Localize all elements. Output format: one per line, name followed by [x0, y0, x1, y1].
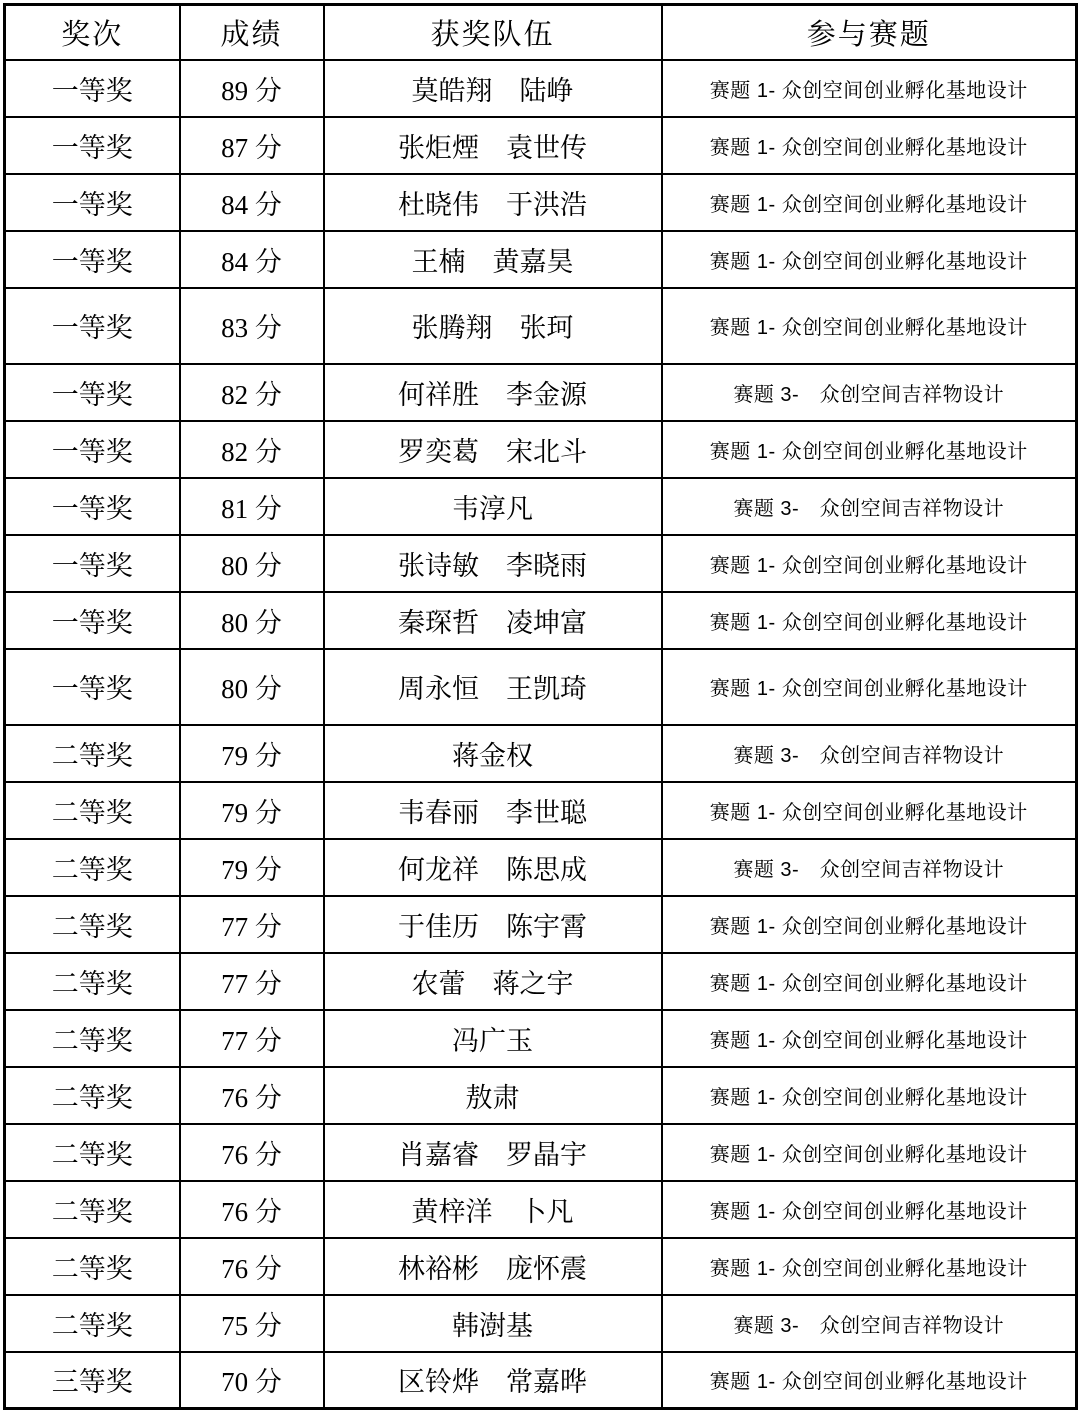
team-members-cell: 莫皓翔 陆峥	[324, 60, 662, 117]
score-cell: 80 分	[180, 592, 324, 649]
score-cell: 79 分	[180, 782, 324, 839]
score-cell: 76 分	[180, 1181, 324, 1238]
topic-cell: 赛题 1- 众创空间创业孵化基地设计	[662, 174, 1077, 231]
team-members-cell: 林裕彬 庞怀震	[324, 1238, 662, 1295]
table-row: 三等奖 70 分 区铃烨 常嘉晔 赛题 1- 众创空间创业孵化基地设计	[5, 1352, 1077, 1409]
award-rank-cell: 一等奖	[5, 478, 180, 535]
topic-cell: 赛题 1- 众创空间创业孵化基地设计	[662, 1010, 1077, 1067]
topic-cell: 赛题 1- 众创空间创业孵化基地设计	[662, 649, 1077, 725]
award-rank-cell: 一等奖	[5, 421, 180, 478]
team-members-cell: 周永恒 王凯琦	[324, 649, 662, 725]
col-header-score: 成绩	[180, 5, 324, 60]
team-members-cell: 韦春丽 李世聪	[324, 782, 662, 839]
award-rank-cell: 一等奖	[5, 592, 180, 649]
team-members-cell: 张炬煙 袁世传	[324, 117, 662, 174]
team-members-cell: 王楠 黄嘉昊	[324, 231, 662, 288]
topic-cell: 赛题 1- 众创空间创业孵化基地设计	[662, 1124, 1077, 1181]
table-row: 二等奖 77 分 农蕾 蒋之宇 赛题 1- 众创空间创业孵化基地设计	[5, 953, 1077, 1010]
award-rank-cell: 二等奖	[5, 1295, 180, 1352]
score-cell: 79 分	[180, 725, 324, 782]
col-header-award-rank: 奖次	[5, 5, 180, 60]
topic-cell: 赛题 1- 众创空间创业孵化基地设计	[662, 953, 1077, 1010]
table-row: 二等奖 75 分 韩澍基 赛题 3- 众创空间吉祥物设计	[5, 1295, 1077, 1352]
topic-cell: 赛题 1- 众创空间创业孵化基地设计	[662, 117, 1077, 174]
award-rank-cell: 一等奖	[5, 649, 180, 725]
team-members-cell: 秦琛哲 凌坤富	[324, 592, 662, 649]
award-rank-cell: 二等奖	[5, 1010, 180, 1067]
table-row: 二等奖 79 分 韦春丽 李世聪 赛题 1- 众创空间创业孵化基地设计	[5, 782, 1077, 839]
table-row: 二等奖 76 分 敖肃 赛题 1- 众创空间创业孵化基地设计	[5, 1067, 1077, 1124]
award-rank-cell: 一等奖	[5, 535, 180, 592]
award-rank-cell: 二等奖	[5, 782, 180, 839]
table-row: 一等奖 80 分 张诗敏 李晓雨 赛题 1- 众创空间创业孵化基地设计	[5, 535, 1077, 592]
team-members-cell: 肖嘉睿 罗晶宇	[324, 1124, 662, 1181]
topic-cell: 赛题 1- 众创空间创业孵化基地设计	[662, 1238, 1077, 1295]
topic-cell: 赛题 1- 众创空间创业孵化基地设计	[662, 421, 1077, 478]
table-row: 一等奖 87 分 张炬煙 袁世传 赛题 1- 众创空间创业孵化基地设计	[5, 117, 1077, 174]
team-members-cell: 冯广玉	[324, 1010, 662, 1067]
team-members-cell: 何祥胜 李金源	[324, 364, 662, 421]
award-rank-cell: 一等奖	[5, 231, 180, 288]
award-rank-cell: 二等奖	[5, 1238, 180, 1295]
topic-cell: 赛题 1- 众创空间创业孵化基地设计	[662, 535, 1077, 592]
score-cell: 84 分	[180, 231, 324, 288]
table-row: 一等奖 84 分 王楠 黄嘉昊 赛题 1- 众创空间创业孵化基地设计	[5, 231, 1077, 288]
score-cell: 76 分	[180, 1124, 324, 1181]
table-body: 一等奖 89 分 莫皓翔 陆峥 赛题 1- 众创空间创业孵化基地设计 一等奖 8…	[5, 60, 1077, 1409]
award-rank-cell: 一等奖	[5, 60, 180, 117]
table-row: 二等奖 77 分 冯广玉 赛题 1- 众创空间创业孵化基地设计	[5, 1010, 1077, 1067]
score-cell: 87 分	[180, 117, 324, 174]
team-members-cell: 农蕾 蒋之宇	[324, 953, 662, 1010]
table-row: 一等奖 82 分 何祥胜 李金源 赛题 3- 众创空间吉祥物设计	[5, 364, 1077, 421]
team-members-cell: 敖肃	[324, 1067, 662, 1124]
table-row: 二等奖 79 分 何龙祥 陈思成 赛题 3- 众创空间吉祥物设计	[5, 839, 1077, 896]
document-page: 奖次 成绩 获奖队伍 参与赛题 一等奖 89 分 莫皓翔 陆峥 赛题 1- 众创…	[0, 0, 1080, 1406]
award-rank-cell: 一等奖	[5, 117, 180, 174]
team-members-cell: 黄梓洋 卜凡	[324, 1181, 662, 1238]
score-cell: 89 分	[180, 60, 324, 117]
col-header-topic: 参与赛题	[662, 5, 1077, 60]
award-rank-cell: 二等奖	[5, 1181, 180, 1238]
award-rank-cell: 二等奖	[5, 1067, 180, 1124]
score-cell: 76 分	[180, 1067, 324, 1124]
topic-cell: 赛题 1- 众创空间创业孵化基地设计	[662, 592, 1077, 649]
team-members-cell: 罗奕葛 宋北斗	[324, 421, 662, 478]
header-row: 奖次 成绩 获奖队伍 参与赛题	[5, 5, 1077, 60]
score-cell: 82 分	[180, 421, 324, 478]
table-row: 二等奖 79 分 蒋金权 赛题 3- 众创空间吉祥物设计	[5, 725, 1077, 782]
topic-cell: 赛题 1- 众创空间创业孵化基地设计	[662, 896, 1077, 953]
score-cell: 83 分	[180, 288, 324, 364]
team-members-cell: 杜晓伟 于洪浩	[324, 174, 662, 231]
topic-cell: 赛题 1- 众创空间创业孵化基地设计	[662, 1067, 1077, 1124]
topic-cell: 赛题 1- 众创空间创业孵化基地设计	[662, 782, 1077, 839]
table-row: 二等奖 76 分 黄梓洋 卜凡 赛题 1- 众创空间创业孵化基地设计	[5, 1181, 1077, 1238]
award-rank-cell: 二等奖	[5, 953, 180, 1010]
topic-cell: 赛题 3- 众创空间吉祥物设计	[662, 725, 1077, 782]
table-row: 一等奖 82 分 罗奕葛 宋北斗 赛题 1- 众创空间创业孵化基地设计	[5, 421, 1077, 478]
score-cell: 75 分	[180, 1295, 324, 1352]
award-rank-cell: 三等奖	[5, 1352, 180, 1409]
topic-cell: 赛题 1- 众创空间创业孵化基地设计	[662, 231, 1077, 288]
award-rank-cell: 二等奖	[5, 896, 180, 953]
score-cell: 79 分	[180, 839, 324, 896]
topic-cell: 赛题 1- 众创空间创业孵化基地设计	[662, 288, 1077, 364]
team-members-cell: 韦淳凡	[324, 478, 662, 535]
table-row: 二等奖 76 分 肖嘉睿 罗晶宇 赛题 1- 众创空间创业孵化基地设计	[5, 1124, 1077, 1181]
team-members-cell: 韩澍基	[324, 1295, 662, 1352]
topic-cell: 赛题 1- 众创空间创业孵化基地设计	[662, 1181, 1077, 1238]
score-cell: 77 分	[180, 1010, 324, 1067]
topic-cell: 赛题 1- 众创空间创业孵化基地设计	[662, 1352, 1077, 1409]
team-members-cell: 何龙祥 陈思成	[324, 839, 662, 896]
score-cell: 84 分	[180, 174, 324, 231]
award-rank-cell: 二等奖	[5, 1124, 180, 1181]
team-members-cell: 张腾翔 张珂	[324, 288, 662, 364]
score-cell: 80 分	[180, 535, 324, 592]
score-cell: 77 分	[180, 953, 324, 1010]
col-header-winning-team: 获奖队伍	[324, 5, 662, 60]
team-members-cell: 于佳历 陈宇霄	[324, 896, 662, 953]
award-rank-cell: 一等奖	[5, 174, 180, 231]
score-cell: 82 分	[180, 364, 324, 421]
table-row: 一等奖 83 分 张腾翔 张珂 赛题 1- 众创空间创业孵化基地设计	[5, 288, 1077, 364]
table-row: 一等奖 80 分 秦琛哲 凌坤富 赛题 1- 众创空间创业孵化基地设计	[5, 592, 1077, 649]
award-rank-cell: 二等奖	[5, 839, 180, 896]
table-row: 一等奖 89 分 莫皓翔 陆峥 赛题 1- 众创空间创业孵化基地设计	[5, 60, 1077, 117]
table-row: 一等奖 81 分 韦淳凡 赛题 3- 众创空间吉祥物设计	[5, 478, 1077, 535]
table-row: 一等奖 80 分 周永恒 王凯琦 赛题 1- 众创空间创业孵化基地设计	[5, 649, 1077, 725]
topic-cell: 赛题 1- 众创空间创业孵化基地设计	[662, 60, 1077, 117]
table-row: 一等奖 84 分 杜晓伟 于洪浩 赛题 1- 众创空间创业孵化基地设计	[5, 174, 1077, 231]
score-cell: 76 分	[180, 1238, 324, 1295]
score-cell: 77 分	[180, 896, 324, 953]
team-members-cell: 蒋金权	[324, 725, 662, 782]
score-cell: 70 分	[180, 1352, 324, 1409]
team-members-cell: 区铃烨 常嘉晔	[324, 1352, 662, 1409]
team-members-cell: 张诗敏 李晓雨	[324, 535, 662, 592]
awards-table: 奖次 成绩 获奖队伍 参与赛题 一等奖 89 分 莫皓翔 陆峥 赛题 1- 众创…	[3, 3, 1078, 1410]
topic-cell: 赛题 3- 众创空间吉祥物设计	[662, 478, 1077, 535]
topic-cell: 赛题 3- 众创空间吉祥物设计	[662, 1295, 1077, 1352]
table-header: 奖次 成绩 获奖队伍 参与赛题	[5, 5, 1077, 60]
score-cell: 80 分	[180, 649, 324, 725]
table-row: 二等奖 77 分 于佳历 陈宇霄 赛题 1- 众创空间创业孵化基地设计	[5, 896, 1077, 953]
table-row: 二等奖 76 分 林裕彬 庞怀震 赛题 1- 众创空间创业孵化基地设计	[5, 1238, 1077, 1295]
topic-cell: 赛题 3- 众创空间吉祥物设计	[662, 364, 1077, 421]
award-rank-cell: 二等奖	[5, 725, 180, 782]
topic-cell: 赛题 3- 众创空间吉祥物设计	[662, 839, 1077, 896]
award-rank-cell: 一等奖	[5, 364, 180, 421]
award-rank-cell: 一等奖	[5, 288, 180, 364]
score-cell: 81 分	[180, 478, 324, 535]
